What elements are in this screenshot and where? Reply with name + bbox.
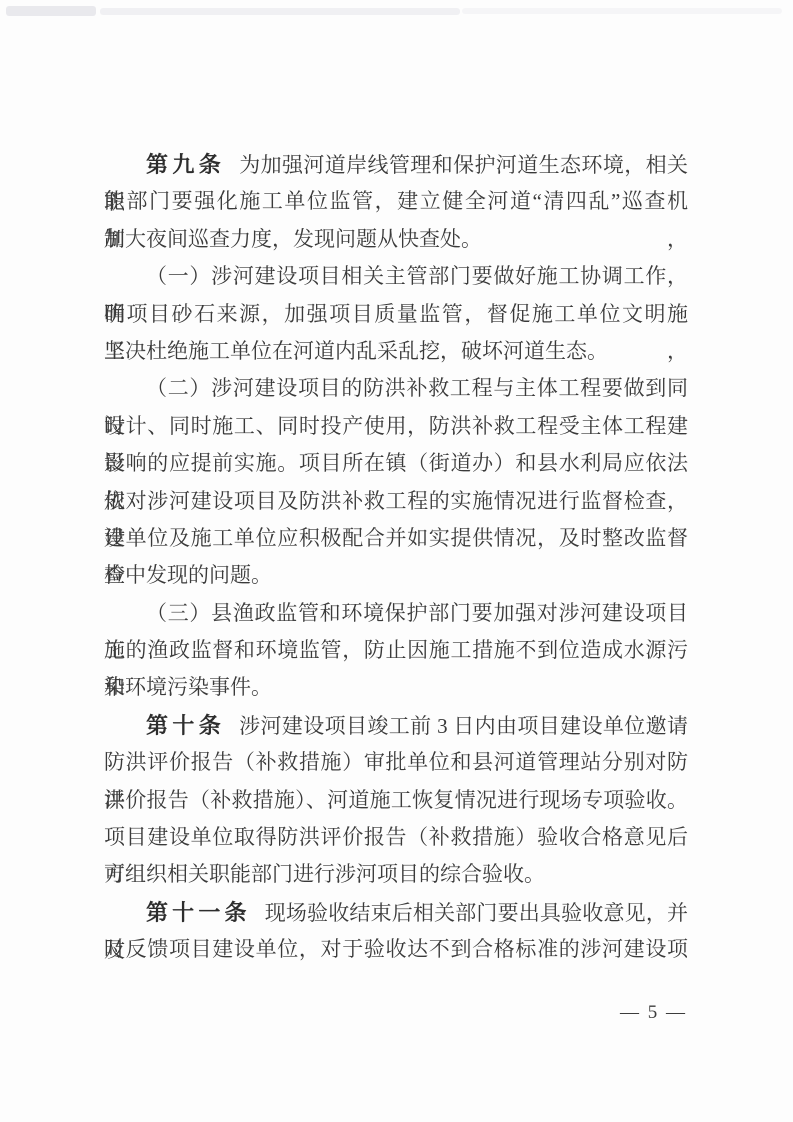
- text-line: 防洪评价报告（补救措施）审批单位和县河道管理站分别对防洪: [104, 744, 688, 781]
- line-text: 涉河建设项目竣工前 3 日内由项目建设单位邀请: [239, 714, 688, 738]
- text-line: 坚决杜绝施工单位在河道内乱采乱挖，破坏河道生态。: [104, 333, 688, 370]
- line-text: 可组织相关职能部门进行涉河项目的综合验收。: [104, 862, 545, 886]
- text-line: 可组织相关职能部门进行涉河项目的综合验收。: [104, 856, 688, 893]
- text-line: 项目建设单位取得防洪评价报告（补救措施）验收合格意见后方: [104, 819, 688, 856]
- text-line: 工的渔政监督和环境监管，防止因施工措施不到位造成水源污染: [104, 632, 688, 669]
- text-line: 第十条涉河建设项目竣工前 3 日内由项目建设单位邀请: [104, 707, 688, 744]
- scan-artifact: [462, 8, 782, 14]
- article-label: 第十条: [146, 713, 225, 738]
- scan-artifact: [100, 8, 460, 15]
- line-text: 加大夜间巡查力度，发现问题从快查处。: [104, 227, 482, 251]
- document-page: 第九条为加强河道岸线管理和保护河道生态环境，相关职 能部门要强化施工单位监管，建…: [0, 0, 793, 1122]
- text-line: 第十一条现场验收结束后相关部门要出具验收意见，并及: [104, 894, 688, 931]
- article-label: 第十一条: [146, 900, 251, 925]
- text-block: 第九条为加强河道岸线管理和保护河道生态环境，相关职 能部门要强化施工单位监管，建…: [104, 146, 688, 969]
- line-text: 评价报告（补救措施）、河道施工恢复情况进行现场专项验收。: [104, 788, 688, 812]
- article-label: 第九条: [146, 152, 225, 177]
- text-line: （三）县渔政监管和环境保护部门要加强对涉河建设项目施: [104, 595, 688, 632]
- page-number: — 5 —: [620, 999, 687, 1027]
- text-line: 和环境污染事件。: [104, 669, 688, 706]
- text-line: 能部门要强化施工单位监管，建立健全河道“清四乱”巡查机制，: [104, 183, 688, 220]
- text-line: 设计、同时施工、同时投产使用，防洪补救工程受主体工程建设: [104, 408, 688, 445]
- text-line: 查中发现的问题。: [104, 557, 688, 594]
- text-line: （一）涉河建设项目相关主管部门要做好施工协调工作，明: [104, 258, 688, 295]
- text-line: 第九条为加强河道岸线管理和保护河道生态环境，相关职: [104, 146, 688, 183]
- scan-artifact: [6, 6, 96, 16]
- text-line: 设单位及施工单位应积极配合并如实提供情况，及时整改监督检: [104, 520, 688, 557]
- text-line: 确项目砂石来源，加强项目质量监管，督促施工单位文明施工，: [104, 296, 688, 333]
- line-text: 查中发现的问题。: [104, 563, 272, 587]
- line-text: 和环境污染事件。: [104, 675, 272, 699]
- text-line: 时反馈项目建设单位，对于验收达不到合格标准的涉河建设项: [104, 931, 688, 968]
- line-text: 坚决杜绝施工单位在河道内乱采乱挖，破坏河道生态。: [104, 339, 608, 363]
- text-line: 影响的应提前实施。项目所在镇（街道办）和县水利局应依法依: [104, 445, 688, 482]
- line-text: 时反馈项目建设单位，对于验收达不到合格标准的涉河建设项: [104, 937, 688, 961]
- text-line: 规对涉河建设项目及防洪补救工程的实施情况进行监督检查，建: [104, 483, 688, 520]
- text-line: （二）涉河建设项目的防洪补救工程与主体工程要做到同时: [104, 370, 688, 407]
- text-line: 评价报告（补救措施）、河道施工恢复情况进行现场专项验收。: [104, 782, 688, 819]
